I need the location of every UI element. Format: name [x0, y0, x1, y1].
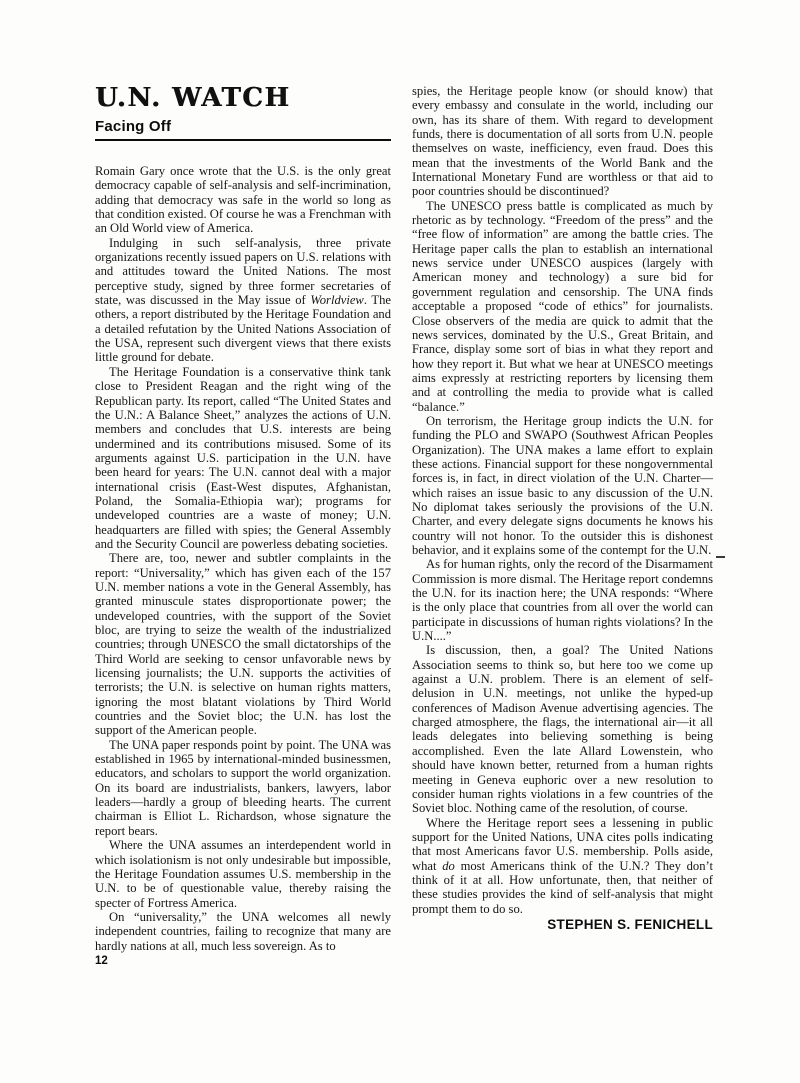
- margin-mark-artifact: [716, 556, 725, 558]
- page-number: 12: [95, 955, 391, 967]
- paragraph: Where the Heritage report sees a lesseni…: [412, 816, 713, 916]
- paragraph: spies, the Heritage people know (or shou…: [412, 84, 713, 199]
- paragraph: On terrorism, the Heritage group indicts…: [412, 414, 713, 557]
- paragraph: Is discussion, then, a goal? The United …: [412, 643, 713, 815]
- author-byline: STEPHEN S. FENICHELL: [412, 917, 713, 932]
- paragraph: The UNA paper responds point by point. T…: [95, 738, 391, 838]
- paragraph: Where the UNA assumes an interdependent …: [95, 838, 391, 910]
- article-header: U.N. WATCH Facing Off: [95, 84, 391, 141]
- paragraph: Indulging in such self-analysis, three p…: [95, 236, 391, 365]
- section-title: U.N. WATCH: [95, 84, 391, 112]
- paragraph: The UNESCO press battle is complicated a…: [412, 199, 713, 414]
- right-column: spies, the Heritage people know (or shou…: [412, 84, 713, 967]
- article-content: U.N. WATCH Facing Off Romain Gary once w…: [95, 84, 713, 967]
- paragraph: As for human rights, only the record of …: [412, 557, 713, 643]
- left-column-text: Romain Gary once wrote that the U.S. is …: [95, 164, 391, 953]
- left-column: U.N. WATCH Facing Off Romain Gary once w…: [95, 84, 391, 967]
- column-title: Facing Off: [95, 118, 391, 141]
- paragraph: There are, too, newer and subtler compla…: [95, 551, 391, 737]
- paragraph: The Heritage Foundation is a conservativ…: [95, 365, 391, 551]
- paragraph: Romain Gary once wrote that the U.S. is …: [95, 164, 391, 236]
- right-column-text: spies, the Heritage people know (or shou…: [412, 84, 713, 916]
- paragraph: On “universality,” the UNA welcomes all …: [95, 910, 391, 953]
- magazine-page: U.N. WATCH Facing Off Romain Gary once w…: [0, 0, 800, 1083]
